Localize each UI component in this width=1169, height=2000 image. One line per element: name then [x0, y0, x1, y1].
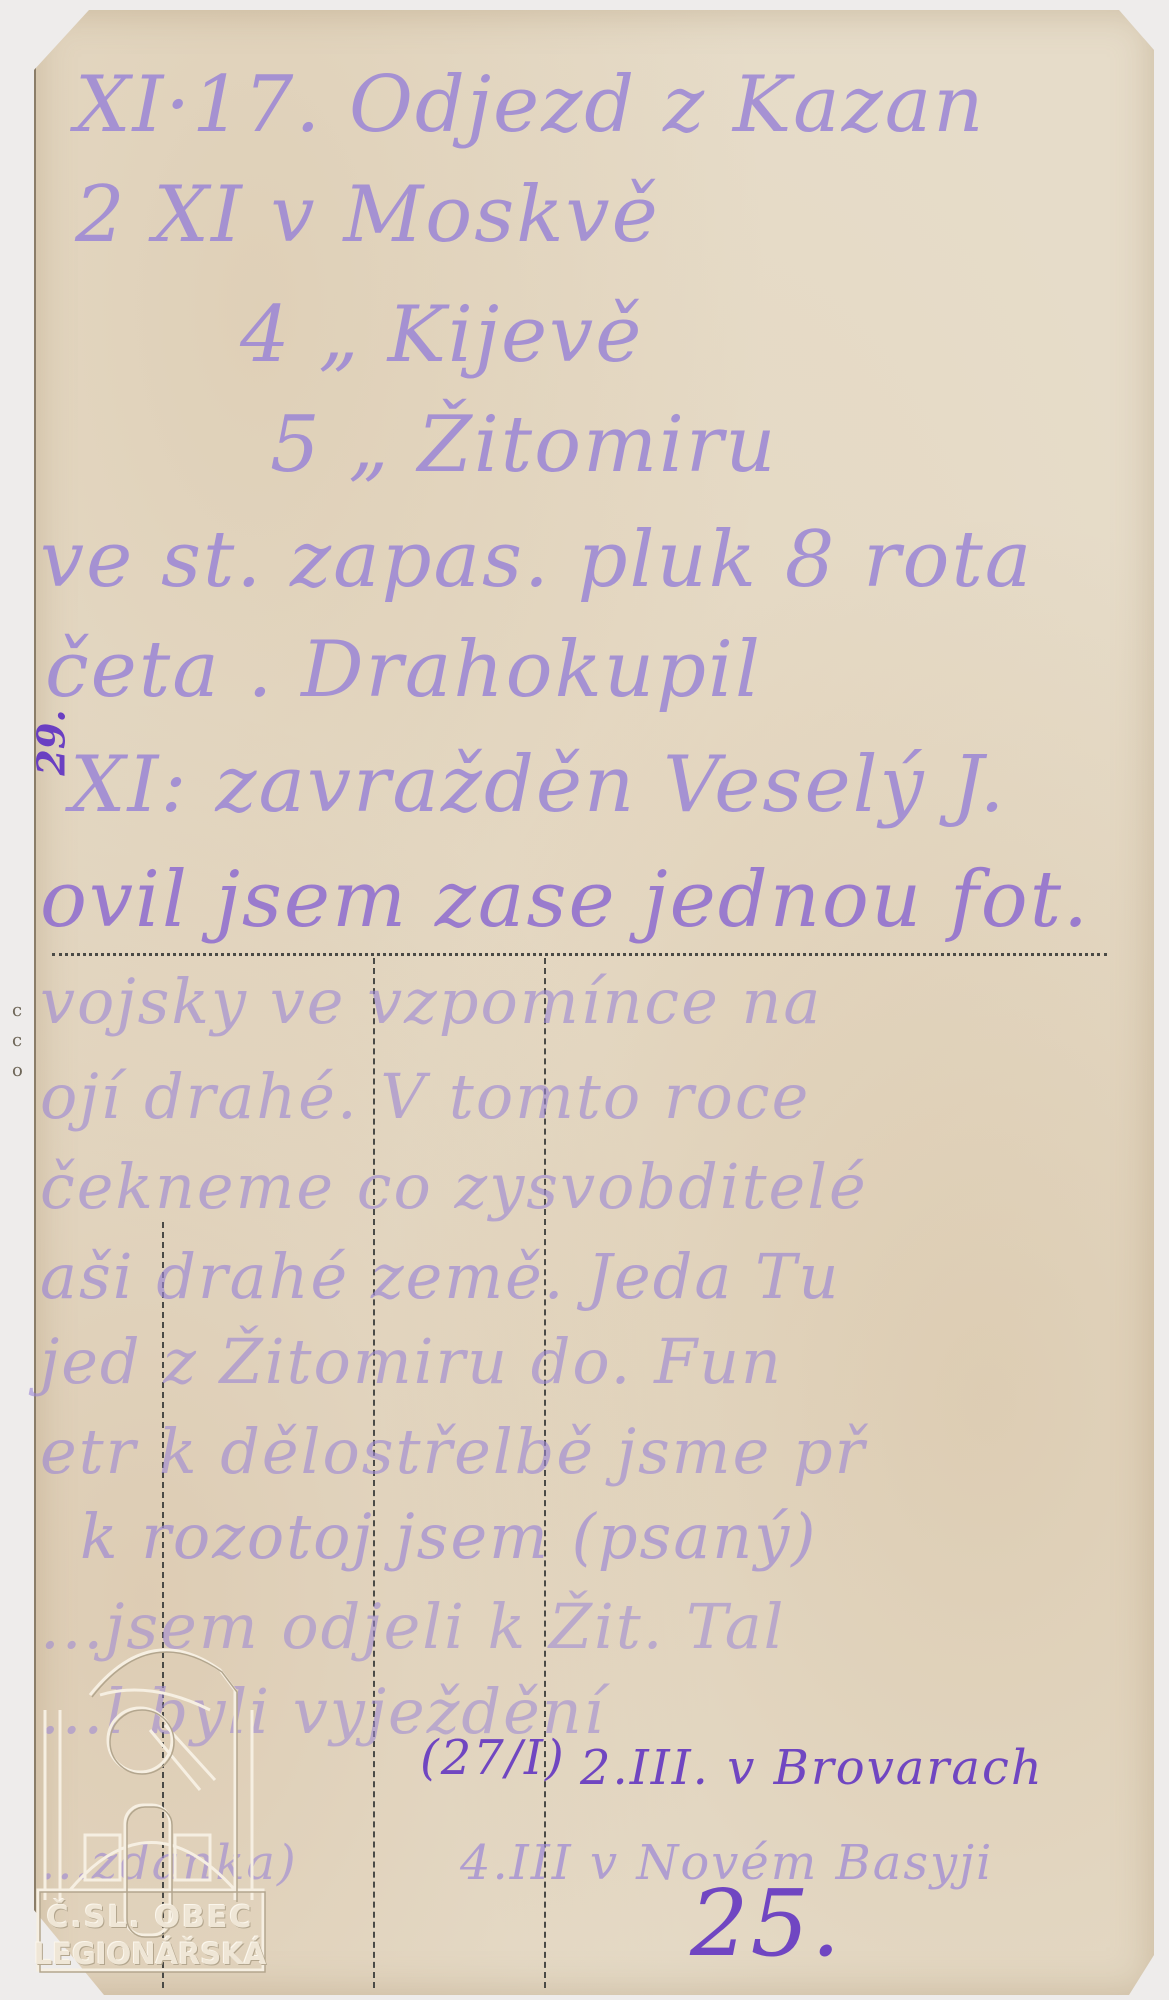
bracket-date: (27/I)	[420, 1730, 566, 1786]
handwritten-line: 4 „ Kijevě	[240, 290, 643, 380]
margin-number: 29.	[29, 709, 74, 775]
handwritten-line: ve st. zapas. pluk 8 rota	[40, 515, 1033, 605]
legion-embossed-stamp: Č.SL. OBEC LEGIONÁŘSKÁ	[30, 1600, 270, 1975]
handwritten-line: ojí drahé. V tomto roce	[40, 1060, 810, 1133]
handwritten-line: 2 XI v Moskvě	[75, 170, 660, 260]
margin-mark: o	[12, 1060, 23, 1081]
handwritten-line: čekneme co zysvobditelé	[40, 1150, 868, 1223]
handwritten-line: k rozotoj jsem (psaný)	[80, 1500, 817, 1573]
handwritten-line: ovil jsem zase jednou fot.	[40, 855, 1090, 945]
handwritten-line: četa . Drahokupil	[45, 625, 762, 715]
handwritten-line: etr k dělostřelbě jsme př	[40, 1415, 866, 1488]
margin-mark: c	[12, 1030, 22, 1051]
handwritten-line: aši drahé země. Jeda Tu	[40, 1240, 840, 1313]
stamp-text-line2: LEGIONÁŘSKÁ	[30, 1937, 270, 1971]
page-number: 25.	[690, 1870, 842, 1977]
handwritten-line: XI·17. Odjezd z Kazan	[75, 60, 986, 150]
margin-mark: c	[12, 1000, 22, 1021]
handwritten-line: 5 „ Žitomiru	[270, 400, 778, 490]
handwritten-line: jed z Žitomiru do. Fun	[40, 1325, 783, 1398]
date-entry-brovary: 2.III. v Brovarach	[580, 1740, 1044, 1796]
handwritten-line: XI: zavražděn Veselý J.	[70, 740, 1006, 830]
handwritten-line: vojsky ve vzpomínce na	[40, 965, 822, 1038]
stamp-text-line1: Č.SL. OBEC	[30, 1900, 270, 1935]
printed-horizontal-rule	[52, 953, 1107, 956]
